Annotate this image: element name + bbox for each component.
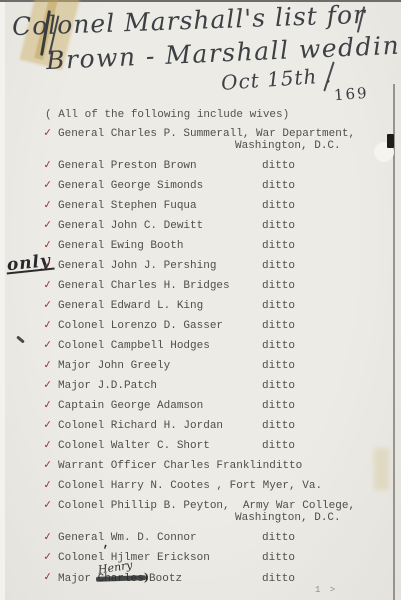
entry-name: General Charles H. Bridges — [58, 280, 262, 292]
checkmark-icon: ✓ — [44, 179, 52, 191]
list-entry: ✓Warrant Officer Charles Franklinditto — [0, 460, 401, 472]
list-entry: ✓Major J.D.Patchditto — [0, 380, 401, 392]
entry-name: General George Simonds — [58, 180, 262, 192]
list-entry: ✓General Wm. D. Connorditto — [0, 532, 401, 544]
entry-ditto: ditto — [262, 532, 295, 544]
list-entry: only✓General John J. Pershingditto — [0, 260, 401, 272]
list-entry: ✓Colonel Campbell Hodgesditto — [0, 340, 401, 352]
entry-ditto: ditto — [262, 552, 295, 564]
entry-ditto: ditto — [262, 573, 295, 585]
checkmark-icon: ✓ — [43, 479, 52, 492]
checkmark-icon: ✓ — [44, 259, 52, 271]
entry-name: Major CharlesHenry)Bootz — [58, 572, 262, 585]
entry-ditto: ditto — [262, 440, 295, 452]
checkmark-icon: ✓ — [43, 571, 52, 584]
checkmark-icon: ✓ — [43, 531, 52, 544]
list-entry: ✓General George Simondsditto — [0, 180, 401, 192]
entry-name: Colonel Richard H. Jordan — [58, 420, 262, 432]
entry-ditto: ditto — [262, 380, 295, 392]
checkmark-icon: ✓ — [43, 239, 52, 252]
list-entry: ✓Major CharlesHenry)Bootzditto — [0, 572, 401, 585]
list-entry: ✓Colonel Phillip B. Peyton, Army War Col… — [0, 500, 401, 524]
checkmark-icon: ✓ — [43, 199, 52, 212]
checkmark-icon: ✓ — [43, 399, 52, 412]
entry-ditto: ditto — [262, 260, 295, 272]
entry-name: Colonel Lorenzo D. Gasser — [58, 320, 262, 332]
entry-name: General Edward L. King — [58, 300, 262, 312]
list-entry: ✓Major John Greelyditto — [0, 360, 401, 372]
page-number: 169 — [333, 84, 369, 104]
checkmark-icon: ✓ — [43, 319, 52, 332]
typed-note: ( All of the following include wives) — [45, 109, 289, 121]
entry-ditto: ditto — [262, 320, 295, 332]
entry-name: General John J. Pershing — [58, 260, 262, 272]
list-entry: ✓General Charles P. Summerall, War Depar… — [0, 128, 401, 152]
checkmark-icon: ✓ — [44, 127, 52, 139]
guest-list: ✓General Charles P. Summerall, War Depar… — [0, 128, 401, 593]
entry-name-suffix: Bootz — [149, 573, 182, 585]
entry-name: Colonel Walter C. Short — [58, 440, 262, 452]
entry-ditto: ditto — [262, 200, 295, 212]
list-entry: ✓Colonel Lorenzo D. Gasserditto — [0, 320, 401, 332]
list-entry: ✓General Edward L. Kingditto — [0, 300, 401, 312]
entry-ditto: ditto — [262, 300, 295, 312]
entry-ditto: ditto — [262, 400, 295, 412]
entry-ditto: ditto — [269, 460, 302, 472]
entry-ditto: ditto — [262, 220, 295, 232]
list-entry: ✓General Charles H. Bridgesditto — [0, 280, 401, 292]
entry-ditto: ditto — [262, 340, 295, 352]
checkmark-icon: ✓ — [44, 219, 52, 231]
entry-location-line2: Washington, D.C. — [58, 140, 401, 152]
checkmark-icon: ✓ — [44, 551, 52, 563]
list-entry: ✓General Stephen Fuquaditto — [0, 200, 401, 212]
entry-ditto: ditto — [262, 280, 295, 292]
entry-name: Colonel Harry N. Cootes , Fort Myer, Va. — [58, 480, 322, 492]
checkmark-icon: ✓ — [43, 159, 52, 172]
list-entry: ✓General Ewing Boothditto — [0, 240, 401, 252]
checkmark-icon: ✓ — [44, 379, 52, 391]
entry-ditto: ditto — [262, 420, 295, 432]
entry-ditto: ditto — [262, 240, 295, 252]
entry-name: Major J.D.Patch — [58, 380, 262, 392]
handwritten-date: Oct 15th . — [220, 63, 332, 95]
entry-name: Captain George Adamson — [58, 400, 262, 412]
entry-name: Warrant Officer Charles Franklin — [58, 460, 269, 472]
entry-ditto: ditto — [262, 360, 295, 372]
checkmark-icon: ✓ — [44, 459, 52, 471]
checkmark-icon: ✓ — [44, 299, 52, 311]
entry-name: Colonel Campbell Hodges — [58, 340, 262, 352]
entry-name: General Wm. D. Connor — [58, 532, 262, 544]
list-entry: ✓Colonel Richard H. Jordanditto — [0, 420, 401, 432]
handwritten-mark: ' — [98, 544, 109, 558]
scanned-document-page: Colonel Marshall's list for Brown - Mars… — [0, 0, 401, 600]
entry-location-line2: Washington, D.C. — [58, 512, 401, 524]
list-entry: ✓Colonel Walter C. Shortditto — [0, 440, 401, 452]
entry-ditto: ditto — [262, 180, 295, 192]
list-entry: ✓Captain George Adamsonditto — [0, 400, 401, 412]
list-entry: ✓Colonel Harry N. Cootes , Fort Myer, Va… — [0, 480, 401, 492]
checkmark-icon: ✓ — [44, 419, 52, 431]
checkmark-icon: ✓ — [43, 279, 52, 292]
pencil-mark: 1 > — [315, 585, 337, 595]
list-entry: ✓General Preston Brownditto — [0, 160, 401, 172]
handwritten-correction: Henry — [97, 559, 133, 576]
checkmark-icon: ✓ — [43, 439, 52, 452]
struck-name: CharlesHenry — [98, 573, 144, 585]
entry-name: General Ewing Booth — [58, 240, 262, 252]
entry-name: General Charles P. Summerall, War Depart… — [58, 128, 355, 140]
entry-name: Major John Greely — [58, 360, 262, 372]
entry-name: General John C. Dewitt — [58, 220, 262, 232]
entry-name: General Preston Brown — [58, 160, 262, 172]
list-entry: ✓General John C. Dewittditto — [0, 220, 401, 232]
entry-name: Colonel Phillip B. Peyton, Army War Coll… — [58, 500, 355, 512]
list-entry: ✓Colonel Hjlmer Erickson'ditto — [0, 552, 401, 564]
entry-name: General Stephen Fuqua — [58, 200, 262, 212]
entry-name-prefix: Major — [58, 573, 98, 585]
checkmark-icon: ✓ — [44, 499, 52, 511]
checkmark-icon: ✓ — [43, 359, 52, 372]
checkmark-icon: ✓ — [44, 339, 52, 351]
entry-name: Colonel Hjlmer Erickson' — [58, 552, 262, 564]
entry-ditto: ditto — [262, 160, 295, 172]
